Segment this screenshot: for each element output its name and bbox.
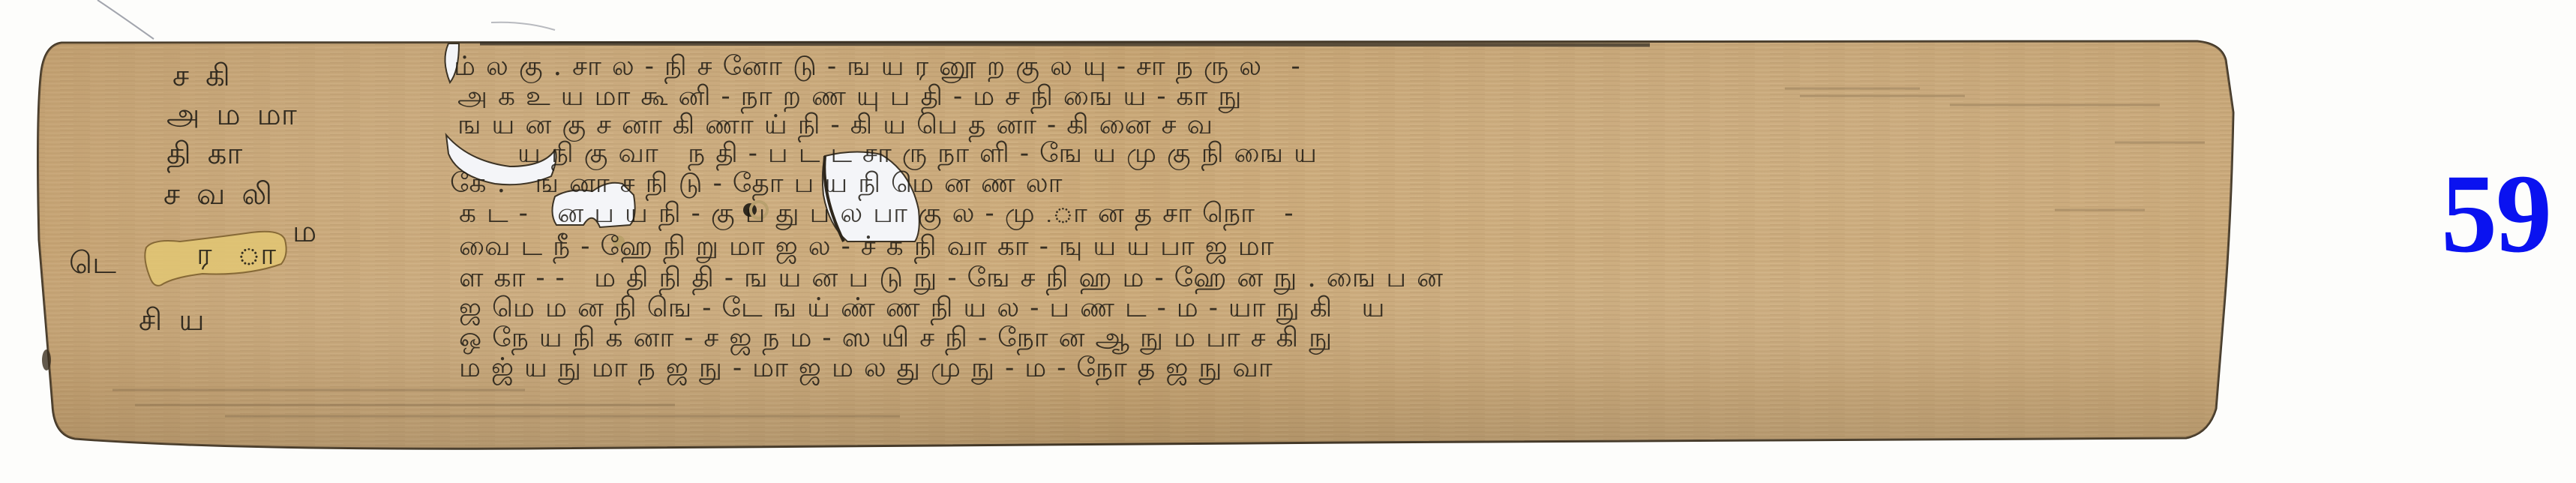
palm-leaf (0, 0, 2576, 483)
manuscript-page: சகி அமமா திகா சவலி ம ர ா டெ சிய ம்லகு.சா… (0, 0, 2576, 483)
page-number: 59 (2441, 157, 2551, 270)
